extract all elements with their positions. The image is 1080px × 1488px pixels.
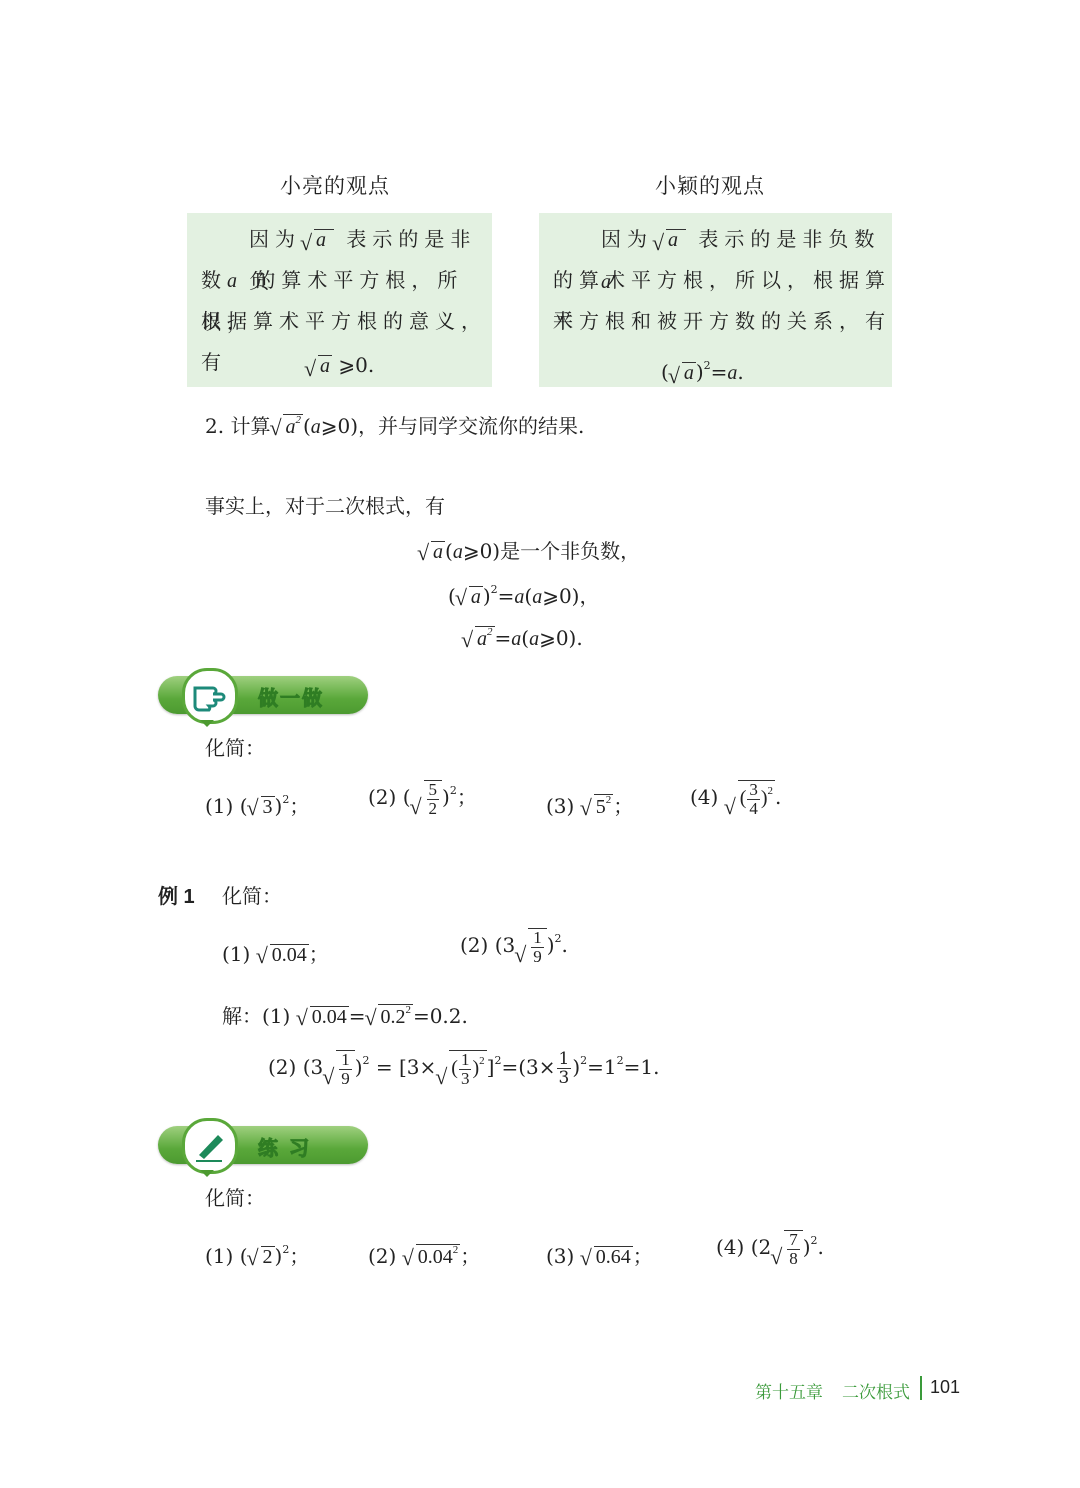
practice-item-3: (3) 0.64； xyxy=(546,1240,653,1269)
example-instruction: 化简： xyxy=(222,880,282,909)
activity-item-1: (1) (3)2； xyxy=(205,790,309,819)
left-view-title: 小亮的观点 xyxy=(280,170,390,200)
fact-intro: 事实上，对于二次根式，有 xyxy=(205,490,445,519)
practice-item-2: (2) 0.042； xyxy=(368,1240,480,1269)
solution-2: (2) (319)2 = [3×(13)2]2=(3×13)2=12=1. xyxy=(268,1050,659,1088)
practice-item-1: (1) (2)2； xyxy=(205,1240,309,1269)
solution-label: 解： xyxy=(222,1004,262,1028)
example-label: 例 1 xyxy=(158,880,195,909)
right-view-box: 因为a 表示的是非负数a 的算术平方根，所以，根据算术 平方根和被开方数的关系，… xyxy=(539,213,892,387)
left-view-box: 因为a 表示的是非负 数a 的算术平方根，所以， 根据算术平方根的意义，有 a … xyxy=(187,213,492,387)
activity-badge-label: 做一做 xyxy=(258,682,324,711)
right-view-formula: (a)2=a. xyxy=(661,345,744,394)
right-view-title: 小颖的观点 xyxy=(655,170,765,200)
activity-badge: 做一做 xyxy=(158,676,368,714)
example-item-1: (1) 0.04； xyxy=(222,938,329,967)
practice-instruction: 化简： xyxy=(205,1182,265,1211)
pencil-icon xyxy=(182,1118,238,1174)
fact-line-1: a(a⩾0)是一个非负数， xyxy=(418,535,640,564)
activity-item-4: (4) (34)2. xyxy=(690,780,781,818)
footer-divider xyxy=(920,1376,922,1400)
practice-badge-label: 练 习 xyxy=(258,1132,311,1161)
activity-item-2: (2) (52)2； xyxy=(368,780,477,818)
question-2-prefix: 2. 计算 xyxy=(205,414,270,438)
footer-chapter: 第十五章 xyxy=(755,1378,823,1403)
page-number: 101 xyxy=(930,1377,960,1398)
badge-pointer xyxy=(200,1170,214,1177)
question-2-suffix: ，并与同学交流你的结果. xyxy=(358,414,584,438)
practice-item-4: (4) (278)2. xyxy=(716,1230,824,1268)
question-2: 2. 计算a2(a⩾0)，并与同学交流你的结果. xyxy=(205,410,584,439)
right-view-line-3: 平方根和被开方数的关系，有 xyxy=(553,301,891,342)
activity-instruction: 化简： xyxy=(205,732,265,761)
badge-pointer xyxy=(200,720,214,727)
example-item-2: (2) (319)2. xyxy=(460,928,568,966)
activity-item-3: (3) 52； xyxy=(546,790,633,819)
hand-pointing-icon xyxy=(182,668,238,724)
practice-badge: 练 习 xyxy=(158,1126,368,1164)
footer-section: 二次根式 xyxy=(842,1378,910,1403)
fact-line-3: a2=a(a⩾0). xyxy=(462,626,583,651)
solution-1: 解：(1) 0.04=0.22=0.2. xyxy=(222,1000,468,1029)
fact-line-2: (a)2=a(a⩾0)， xyxy=(448,580,600,609)
left-view-formula: a ⩾0. xyxy=(305,345,374,387)
